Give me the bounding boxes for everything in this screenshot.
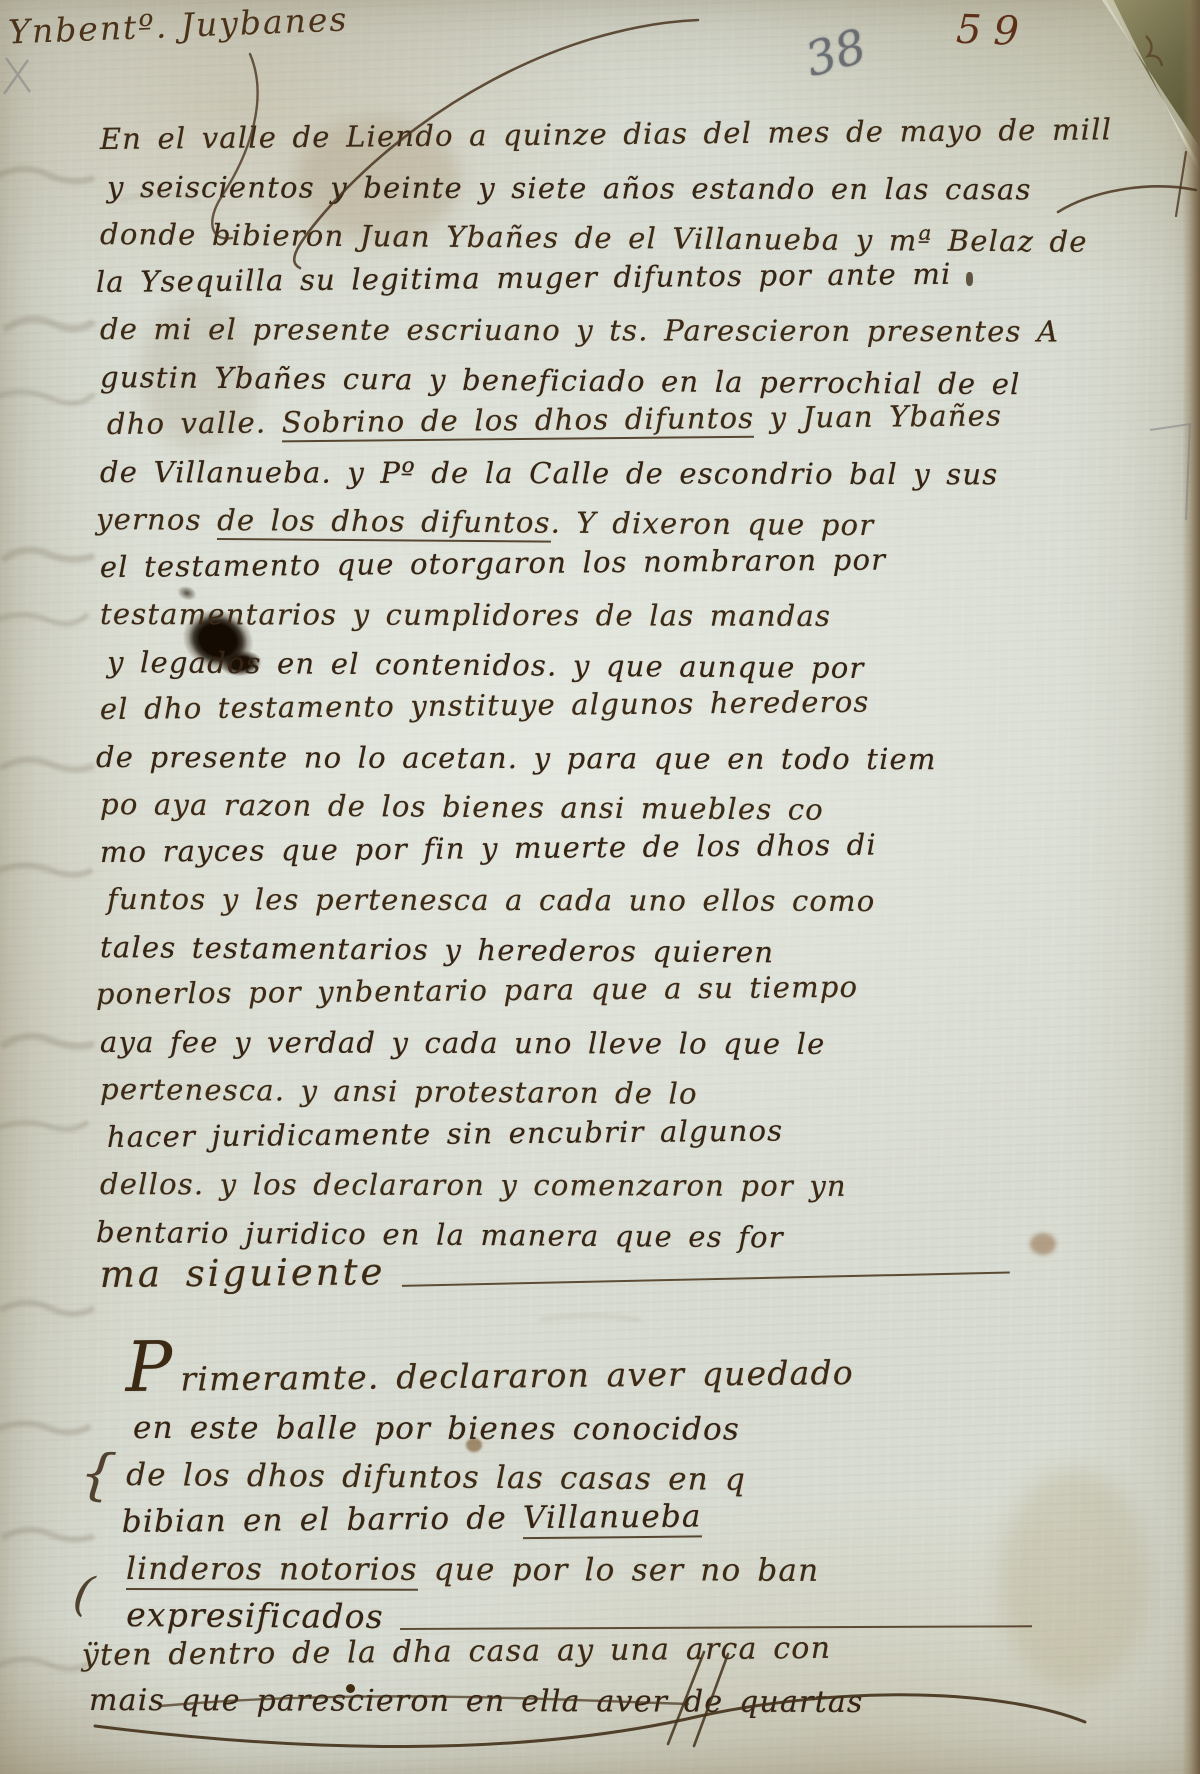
manuscript-line: dho valle. Sobrino de los dhos difuntos … — [107, 384, 1016, 440]
manuscript-line-text: de Villanueba. y Pº de la Calle de escon… — [100, 454, 998, 490]
manuscript-line-text: y seiscientos y beinte y siete años esta… — [107, 169, 1032, 205]
manuscript-line-text: el dho testamento ynstituye algunos here… — [100, 684, 870, 725]
item-entry: ÿten dentro de la dha casa ay una arca c… — [82, 1628, 1062, 1718]
manuscript-line: mais que parescieron en ella aver de qua… — [89, 1673, 1062, 1721]
manuscript-page: Ynbentº. Juybanes 38 59 En el valle de L… — [0, 0, 1200, 1774]
manuscript-line: de mi el presente escriuano y ts. Paresc… — [100, 298, 1016, 348]
margin-dash — [1058, 186, 1196, 212]
manuscript-line-text: ma siguiente — [100, 1250, 386, 1296]
manuscript-line: el dho testamento ynstituye algunos here… — [100, 669, 1016, 725]
folio-number-ink: 59 — [955, 7, 1031, 56]
folio-number-pencil: 38 — [800, 19, 873, 88]
margin-brace: ( — [69, 1565, 97, 1623]
header-annotation: Ynbentº. Juybanes — [7, 0, 349, 52]
manuscript-line-text: mais que parescieron en ella aver de qua… — [89, 1683, 864, 1720]
manuscript-line: de Villanueba. y Pº de la Calle de escon… — [100, 441, 1016, 491]
manuscript-line-text: de mi el presente escriuano y ts. Paresc… — [100, 312, 1059, 349]
manuscript-line-text: el testamento que otorgaron los nombraro… — [100, 541, 887, 583]
manuscript-line-text: dellos. y los declararon y comenzaron po… — [100, 1167, 847, 1203]
manuscript-line-text: testamentarios y cumplidores de las mand… — [100, 597, 831, 633]
margin-brace: { — [77, 1440, 119, 1508]
manuscript-line-text: mo rayces que por fin y muerte de los dh… — [100, 827, 877, 868]
pencil-x-mark — [4, 58, 30, 94]
book-edge — [1182, 0, 1200, 1774]
paper-stain — [1030, 1233, 1056, 1255]
manuscript-line-text: funtos y les pertenesca a cada uno ellos… — [107, 882, 875, 918]
manuscript-line: hacer juridicamente sin encubrir algunos — [107, 1097, 1016, 1153]
manuscript-line: el testamento que otorgaron los nombraro… — [100, 527, 1016, 583]
manuscript-line: y seiscientos y beinte y siete años esta… — [107, 156, 1016, 206]
manuscript-line-text: en este balle por bienes conocidos — [133, 1410, 740, 1448]
manuscript-line-text: ponerlos por ynbentario para que a su ti… — [96, 969, 859, 1010]
manuscript-line: ponerlos por ynbentario para que a su ti… — [96, 954, 1016, 1010]
manuscript-line: dellos. y los declararon y comenzaron po… — [100, 1153, 1016, 1203]
manuscript-line: la Ysequilla su legitima muger difuntos … — [96, 242, 1016, 298]
manuscript-line: En el valle de Liendo a quinze dias del … — [100, 99, 1016, 155]
manuscript-line: aya fee y verdad y cada uno lleve lo que… — [100, 1011, 1016, 1061]
manuscript-line: mo rayces que por fin y muerte de los dh… — [100, 812, 1016, 868]
manuscript-line: testamentarios y cumplidores de las mand… — [100, 583, 1016, 633]
manuscript-line-text: dho valle. Sobrino de los dhos difuntos … — [107, 398, 1003, 441]
manuscript-line: de presente no lo acetan. y para que en … — [96, 726, 1016, 776]
manuscript-line: ma siguiente — [100, 1239, 1016, 1295]
manuscript-line-text: bibian en el barrio de Villanueba — [122, 1498, 702, 1540]
manuscript-line: Primeramte. declararon aver quedado — [126, 1343, 1038, 1399]
manuscript-line-text: Primeramte. declararon aver quedado — [126, 1342, 855, 1399]
manuscript-line-text: linderos notorios que por lo ser no ban — [126, 1551, 819, 1589]
manuscript-line-text: aya fee y verdad y cada uno lleve lo que… — [100, 1024, 826, 1060]
manuscript-line: ÿten dentro de la dha casa ay una arca c… — [82, 1619, 1062, 1673]
manuscript-line-text: hacer juridicamente sin encubrir algunos — [107, 1113, 784, 1153]
manuscript-line-text: ÿten dentro de la dha casa ay una arca c… — [82, 1631, 832, 1673]
manuscript-line: en este balle por bienes conocidos — [133, 1399, 1038, 1448]
paragraph-primeramente: Primeramte. declararon aver quedado en e… — [126, 1352, 1038, 1634]
manuscript-line-text: En el valle de Liendo a quinze dias del … — [100, 112, 1113, 156]
manuscript-line: funtos y les pertenesca a cada uno ellos… — [107, 868, 1016, 918]
manuscript-line-text: de presente no lo acetan. y para que en … — [96, 739, 937, 775]
manuscript-line: bibian en el barrio de Villanueba — [122, 1484, 1038, 1540]
flourish-rule — [401, 1271, 1009, 1286]
manuscript-line: linderos notorios que por lo ser no ban — [126, 1540, 1038, 1589]
paragraph-opening: En el valle de Liendo a quinze dias del … — [100, 108, 1016, 1296]
manuscript-line-text: la Ysequilla su legitima muger difuntos … — [96, 256, 952, 298]
